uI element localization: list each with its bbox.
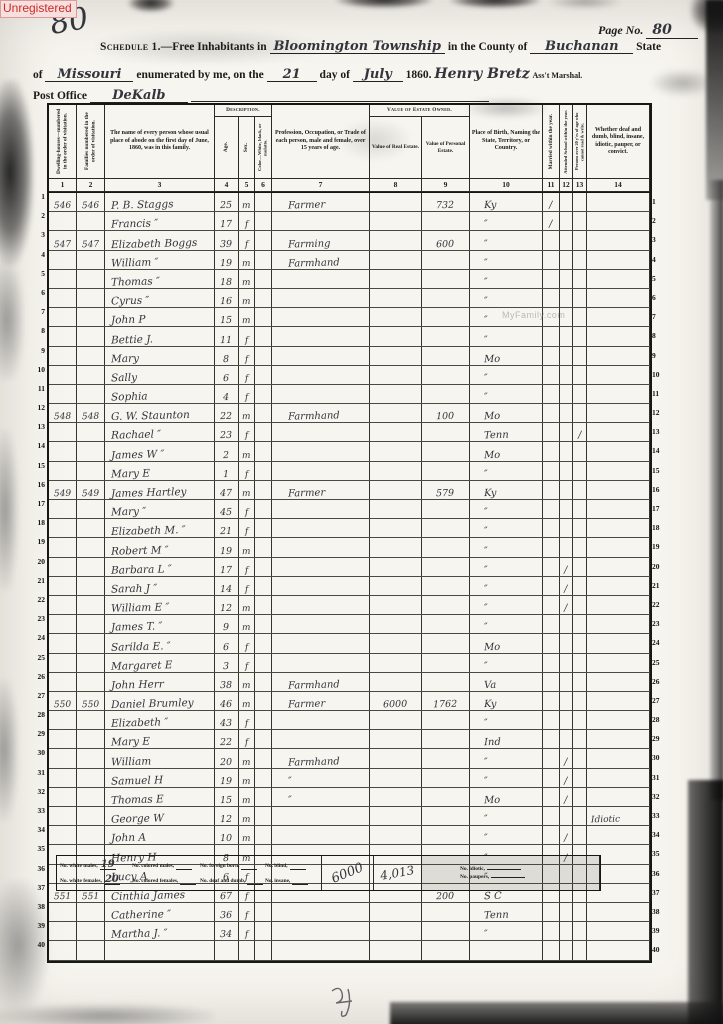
cell-sex: f	[239, 558, 255, 576]
table-row: Margaret E 3 f ″	[49, 654, 650, 673]
cell-birthplace: ″	[470, 289, 543, 307]
row-margin-number: 10	[652, 370, 666, 389]
cell-birthplace: Ind	[470, 730, 543, 748]
cell-remark	[587, 922, 650, 940]
cell-remark	[587, 500, 650, 518]
cell-color	[255, 385, 272, 403]
cell-age: 19	[215, 538, 239, 556]
cell-color	[255, 462, 272, 480]
cell-illiterate-tick	[573, 404, 587, 422]
ink-blotch	[0, 260, 24, 380]
cell-remark	[587, 231, 650, 249]
cell-occupation	[272, 519, 370, 537]
cell-illiterate-tick	[573, 692, 587, 710]
cell-occupation	[272, 903, 370, 921]
cell-occupation	[272, 634, 370, 652]
cell-school-tick: /	[560, 749, 573, 767]
cell-real-estate-value	[370, 826, 422, 844]
row-margin-number: 12	[652, 408, 666, 427]
table-row: Catherine ″ 36 f Tenn	[49, 903, 650, 922]
totals-counts: No. white males, 19 No. colored males, N…	[57, 856, 322, 890]
row-margin-number: 36	[31, 864, 45, 883]
cell-personal-estate-value	[422, 558, 470, 576]
cell-occupation	[272, 577, 370, 595]
row-margin-number: 16	[31, 480, 45, 499]
cell-personal-estate-value	[422, 462, 470, 480]
total-count-label: No. foreign born,	[200, 863, 239, 869]
cell-married-tick	[543, 769, 560, 787]
column-number: 10	[470, 179, 543, 192]
cell-dwelling-number	[49, 212, 77, 230]
cell-school-tick	[560, 270, 573, 288]
cell-family-number: 547	[77, 231, 105, 249]
row-margin-number: 36	[652, 869, 666, 888]
cell-color	[255, 634, 272, 652]
cell-color	[255, 231, 272, 249]
post-office-line: Post Office DeKalb	[33, 88, 489, 103]
cell-real-estate-value	[370, 500, 422, 518]
row-margin-number: 29	[31, 729, 45, 748]
cell-school-tick	[560, 922, 573, 940]
cell-illiterate-tick	[573, 251, 587, 269]
cell-married-tick	[543, 519, 560, 537]
cell-remark	[587, 596, 650, 614]
cell-illiterate-tick	[573, 807, 587, 825]
cell-personal-estate-value	[422, 577, 470, 595]
cell-real-estate-value	[370, 615, 422, 633]
cell-occupation	[272, 654, 370, 672]
row-margin-number: 15	[31, 461, 45, 480]
cell-illiterate-tick	[573, 366, 587, 384]
cell-real-estate-value	[370, 423, 422, 441]
cell-name: Elizabeth M. ″	[105, 519, 215, 537]
table-row	[49, 941, 650, 960]
cell-color	[255, 711, 272, 729]
cell-school-tick	[560, 692, 573, 710]
cell-dwelling-number	[49, 347, 77, 365]
cell-dwelling-number	[49, 251, 77, 269]
cell-illiterate-tick	[573, 730, 587, 748]
row-margin-number: 17	[31, 499, 45, 518]
row-margin-number: 35	[31, 844, 45, 863]
cell-occupation	[272, 730, 370, 748]
cell-birthplace: ″	[470, 385, 543, 403]
cell-sex: m	[239, 749, 255, 767]
cell-occupation	[272, 308, 370, 326]
cell-illiterate-tick	[573, 385, 587, 403]
cell-school-tick	[560, 903, 573, 921]
row-margin-number: 16	[652, 485, 666, 504]
cell-real-estate-value	[370, 347, 422, 365]
cell-age: 9	[215, 615, 239, 633]
cell-color	[255, 826, 272, 844]
table-row: John A 10 m ″ /	[49, 826, 650, 845]
row-margin-number: 27	[31, 691, 45, 710]
cell-age: 21	[215, 519, 239, 537]
cell-occupation: Farmhand	[272, 251, 370, 269]
cell-illiterate-tick	[573, 481, 587, 499]
cell-age: 19	[215, 251, 239, 269]
paupers-total: No. paupers,	[460, 874, 599, 880]
row-margin-number: 15	[652, 466, 666, 485]
ink-blotch	[0, 430, 18, 590]
cell-remark	[587, 404, 650, 422]
cell-age: 15	[215, 788, 239, 806]
cell-family-number	[77, 769, 105, 787]
table-row: 546 546 P. B. Staggs 25 m Farmer 732 Ky …	[49, 193, 650, 212]
cell-occupation	[272, 941, 370, 959]
total-count-cell: No. insane,	[265, 873, 323, 888]
cell-school-tick	[560, 212, 573, 230]
row-margin-number: 5	[31, 269, 45, 288]
cell-name: G. W. Staunton	[105, 404, 215, 422]
cell-remark	[587, 673, 650, 691]
cell-age: 6	[215, 634, 239, 652]
cell-dwelling-number	[49, 538, 77, 556]
cell-dwelling-number	[49, 289, 77, 307]
cell-family-number: 546	[77, 193, 105, 211]
row-margin-number: 32	[31, 787, 45, 806]
cell-birthplace: ″	[470, 538, 543, 556]
cell-age: 46	[215, 692, 239, 710]
cell-school-tick	[560, 289, 573, 307]
cell-dwelling-number	[49, 769, 77, 787]
cell-family-number	[77, 615, 105, 633]
cell-name: Mary E	[105, 462, 215, 480]
cell-birthplace	[470, 941, 543, 959]
cell-personal-estate-value	[422, 270, 470, 288]
cell-personal-estate-value	[422, 212, 470, 230]
row-margin-number: 25	[31, 653, 45, 672]
cell-married-tick	[543, 577, 560, 595]
cell-remark	[587, 481, 650, 499]
cell-real-estate-value	[370, 308, 422, 326]
row-margin-number: 11	[31, 384, 45, 403]
table-row: Samuel H 19 m ″ ″ /	[49, 769, 650, 788]
cell-remark	[587, 558, 650, 576]
cell-sex: m	[239, 788, 255, 806]
cell-birthplace: Mo	[470, 442, 543, 460]
row-margin-number: 24	[652, 638, 666, 657]
cell-family-number: 548	[77, 404, 105, 422]
cell-dwelling-number	[49, 826, 77, 844]
cell-school-tick	[560, 519, 573, 537]
cell-occupation: Farmer	[272, 193, 370, 211]
header-sex: Sex.	[239, 117, 255, 179]
cell-remark: Idiotic	[587, 807, 650, 825]
cell-age: 38	[215, 673, 239, 691]
table-row: James W ″ 2 m Mo	[49, 442, 650, 461]
cell-school-tick	[560, 615, 573, 633]
cell-sex: m	[239, 481, 255, 499]
cell-birthplace: Mo	[470, 347, 543, 365]
cell-name: Elizabeth ″	[105, 711, 215, 729]
cell-illiterate-tick	[573, 634, 587, 652]
row-margin-number: 26	[31, 672, 45, 691]
cell-dwelling-number	[49, 308, 77, 326]
row-margin-number: 23	[652, 619, 666, 638]
total-count-value: 20	[104, 876, 120, 885]
cell-personal-estate-value	[422, 903, 470, 921]
cell-color	[255, 807, 272, 825]
cell-school-tick: /	[560, 596, 573, 614]
cell-sex: f	[239, 903, 255, 921]
total-count-value	[290, 861, 306, 870]
cell-sex: m	[239, 826, 255, 844]
unregistered-watermark: Unregistered	[0, 0, 77, 18]
cell-color	[255, 519, 272, 537]
left-row-numbers: 1234567891011121314151617181920212223242…	[31, 192, 45, 960]
cell-occupation	[272, 615, 370, 633]
cell-color	[255, 347, 272, 365]
cell-personal-estate-value	[422, 826, 470, 844]
cell-name: Samuel H	[105, 769, 215, 787]
row-margin-number: 25	[652, 658, 666, 677]
row-margin-number: 22	[31, 595, 45, 614]
cell-family-number	[77, 922, 105, 940]
cell-family-number	[77, 289, 105, 307]
row-margin-number: 34	[31, 825, 45, 844]
table-row: Sophia 4 f ″	[49, 385, 650, 404]
row-margin-number: 21	[652, 581, 666, 600]
title-text: —Free Inhabitants in	[161, 41, 267, 53]
scan-edge	[706, 0, 723, 200]
cell-real-estate-value: 6000	[370, 692, 422, 710]
column-number: 3	[105, 179, 215, 192]
cell-real-estate-value	[370, 788, 422, 806]
cell-occupation: Farmhand	[272, 749, 370, 767]
cell-occupation	[272, 711, 370, 729]
cell-sex: m	[239, 596, 255, 614]
cell-personal-estate-value	[422, 615, 470, 633]
ink-blotch	[550, 0, 620, 8]
row-margin-number: 18	[652, 523, 666, 542]
cell-personal-estate-value	[422, 673, 470, 691]
cell-color	[255, 654, 272, 672]
cell-school-tick	[560, 941, 573, 959]
cell-illiterate-tick	[573, 289, 587, 307]
cell-occupation: Farmhand	[272, 404, 370, 422]
title-text: State	[636, 41, 661, 53]
row-margin-number: 4	[652, 255, 666, 274]
cell-school-tick	[560, 366, 573, 384]
cell-occupation	[272, 558, 370, 576]
cell-occupation	[272, 442, 370, 460]
cell-age: 43	[215, 711, 239, 729]
cell-school-tick: /	[560, 826, 573, 844]
cell-dwelling-number	[49, 922, 77, 940]
cell-birthplace: ″	[470, 615, 543, 633]
row-margin-number: 39	[31, 921, 45, 940]
cell-remark	[587, 423, 650, 441]
page-no-label: Page No.	[598, 23, 643, 37]
cell-real-estate-value	[370, 538, 422, 556]
cell-sex: f	[239, 634, 255, 652]
cell-family-number	[77, 673, 105, 691]
cell-sex: f	[239, 577, 255, 595]
row-margin-number: 40	[31, 940, 45, 959]
cell-name: William E ″	[105, 596, 215, 614]
header-name: The name of every person whose usual pla…	[105, 105, 215, 179]
cell-remark	[587, 289, 650, 307]
cell-sex: f	[239, 385, 255, 403]
cell-occupation	[272, 423, 370, 441]
total-count-label: No. colored females,	[132, 878, 178, 884]
row-margin-number: 8	[652, 331, 666, 350]
day-entry: 21	[267, 68, 317, 82]
column-number: 1	[49, 179, 77, 192]
header-illiterate: Persons over 20 y'rs of age who cannot r…	[573, 105, 587, 179]
row-margin-number: 29	[652, 734, 666, 753]
cell-married-tick	[543, 442, 560, 460]
cell-age: 20	[215, 749, 239, 767]
total-count-label: No. deaf and dumb,	[200, 878, 245, 884]
cell-remark	[587, 366, 650, 384]
cell-dwelling-number	[49, 634, 77, 652]
cell-name: Mary E	[105, 730, 215, 748]
row-margin-number: 2	[652, 216, 666, 235]
personal-estate-total: 4,013	[374, 856, 422, 890]
cell-birthplace: ″	[470, 807, 543, 825]
cell-age: 18	[215, 270, 239, 288]
cell-sex: f	[239, 423, 255, 441]
cell-school-tick	[560, 193, 573, 211]
cell-sex: m	[239, 308, 255, 326]
table-row: Mary E 22 f Ind	[49, 730, 650, 749]
row-margin-number: 34	[652, 830, 666, 849]
row-margin-number: 8	[31, 326, 45, 345]
row-margin-number: 6	[31, 288, 45, 307]
cell-age: 14	[215, 577, 239, 595]
cell-color	[255, 922, 272, 940]
cell-illiterate-tick	[573, 231, 587, 249]
cell-illiterate-tick	[573, 500, 587, 518]
row-margin-number: 31	[31, 768, 45, 787]
cell-age: 2	[215, 442, 239, 460]
table-row: William ″ 19 m Farmhand ″	[49, 251, 650, 270]
cell-color	[255, 596, 272, 614]
cell-married-tick	[543, 327, 560, 345]
row-margin-number: 4	[31, 250, 45, 269]
cell-birthplace: ″	[470, 711, 543, 729]
cell-personal-estate-value	[422, 385, 470, 403]
cell-dwelling-number	[49, 558, 77, 576]
cell-illiterate-tick	[573, 654, 587, 672]
cell-dwelling-number	[49, 749, 77, 767]
cell-dwelling-number	[49, 442, 77, 460]
township-entry: Bloomington Township	[270, 40, 445, 54]
cell-illiterate-tick: /	[573, 423, 587, 441]
cell-married-tick	[543, 673, 560, 691]
table-row: John Herr 38 m Farmhand Va	[49, 673, 650, 692]
cell-birthplace: ″	[470, 212, 543, 230]
cell-name: Catherine ″	[105, 903, 215, 921]
cell-sex: f	[239, 462, 255, 480]
cell-family-number	[77, 807, 105, 825]
cell-personal-estate-value	[422, 711, 470, 729]
cell-color	[255, 251, 272, 269]
table-row: Sally 6 f ″	[49, 366, 650, 385]
cell-personal-estate-value	[422, 634, 470, 652]
cell-sex: m	[239, 251, 255, 269]
cell-real-estate-value	[370, 634, 422, 652]
cell-birthplace: ″	[470, 270, 543, 288]
cell-color	[255, 193, 272, 211]
cell-birthplace: Tenn	[470, 903, 543, 921]
cell-family-number	[77, 558, 105, 576]
cell-illiterate-tick	[573, 826, 587, 844]
cell-remark	[587, 519, 650, 537]
cell-age: 17	[215, 558, 239, 576]
cell-color	[255, 308, 272, 326]
cell-married-tick	[543, 634, 560, 652]
cell-age: 8	[215, 347, 239, 365]
header-married: Married within the year.	[543, 105, 560, 179]
cell-age: 47	[215, 481, 239, 499]
table-row: Martha J. ″ 34 f ″	[49, 922, 650, 941]
cell-real-estate-value	[370, 519, 422, 537]
cell-personal-estate-value	[422, 500, 470, 518]
cell-school-tick	[560, 327, 573, 345]
cell-occupation	[272, 289, 370, 307]
cell-family-number	[77, 634, 105, 652]
cell-married-tick: /	[543, 193, 560, 211]
table-row: George W 12 m ″ Idiotic	[49, 807, 650, 826]
cell-personal-estate-value: 579	[422, 481, 470, 499]
cell-married-tick	[543, 615, 560, 633]
cell-real-estate-value	[370, 442, 422, 460]
table-row: Thomas ″ 18 m ″	[49, 270, 650, 289]
cell-real-estate-value	[370, 596, 422, 614]
cell-family-number	[77, 347, 105, 365]
cell-name: James Hartley	[105, 481, 215, 499]
cell-age: 45	[215, 500, 239, 518]
cell-age: 12	[215, 596, 239, 614]
cell-occupation	[272, 807, 370, 825]
cell-married-tick	[543, 270, 560, 288]
cell-name: P. B. Staggs	[105, 193, 215, 211]
cell-married-tick	[543, 922, 560, 940]
cell-married-tick	[543, 462, 560, 480]
cell-family-number	[77, 826, 105, 844]
cell-real-estate-value	[370, 327, 422, 345]
cell-personal-estate-value	[422, 251, 470, 269]
cell-occupation	[272, 347, 370, 365]
real-estate-total: 6000	[322, 856, 374, 890]
cell-real-estate-value	[370, 404, 422, 422]
total-count-value	[292, 876, 308, 885]
cell-personal-estate-value	[422, 308, 470, 326]
row-margin-number: 10	[31, 365, 45, 384]
cell-birthplace: Ky	[470, 193, 543, 211]
state-entry: Missouri	[45, 68, 133, 82]
ink-blotch	[0, 680, 18, 820]
cell-dwelling-number	[49, 615, 77, 633]
cell-sex: f	[239, 347, 255, 365]
page-number-line: Page No. 80	[598, 22, 698, 39]
cell-occupation	[272, 826, 370, 844]
cell-name: Sarilda E. ″	[105, 634, 215, 652]
cell-illiterate-tick	[573, 922, 587, 940]
cell-name: Mary	[105, 347, 215, 365]
cell-personal-estate-value	[422, 442, 470, 460]
cell-age: 39	[215, 231, 239, 249]
cell-age: 11	[215, 327, 239, 345]
total-count-label: No. blind,	[265, 863, 288, 869]
myfamily-watermark: MyFamily.com	[502, 310, 565, 320]
cell-color	[255, 692, 272, 710]
total-count-cell: No. white females, 20	[60, 873, 132, 888]
